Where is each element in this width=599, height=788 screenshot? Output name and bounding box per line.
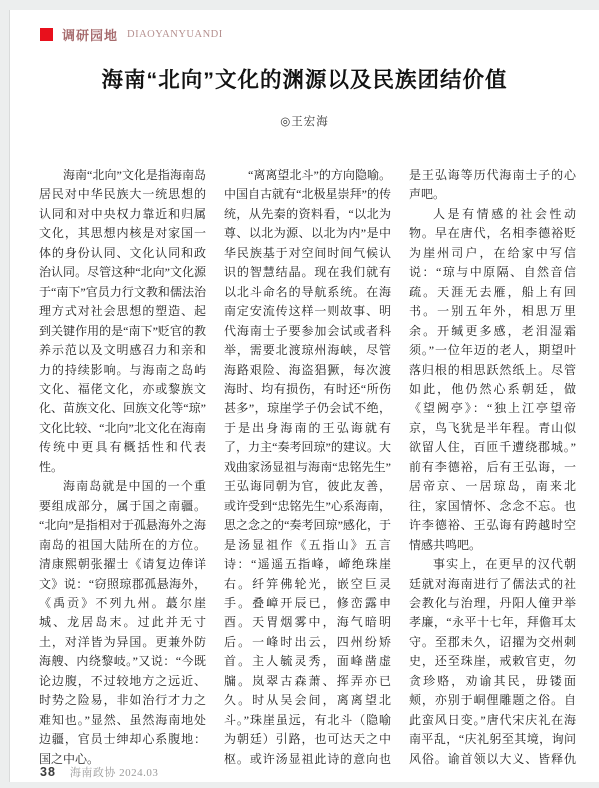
journal-name: 海南政协 2024.03 [70,764,159,780]
article-body: 海南“北向”文化是指海南岛居民对中华民族大一统思想的认同和对中央权力靠近和归属文… [39,166,576,772]
article-title: 海南“北向”文化的渊源以及民族团结价值 [10,63,599,94]
article-author: ◎王宏海 [10,113,599,129]
magazine-page: 调研园地 DIAOYANYUANDI 海南“北向”文化的渊源以及民族团结价值 ◎… [9,10,599,782]
paragraph: 人是有情感的社会性动物。早在唐代，名相李德裕贬为崖州司户，在给家中写信说：“琼与… [409,205,576,555]
page-footer: 38 海南政协 2024.03 [40,764,158,780]
scanned-journal-page: { "page": { "background": "#ffffff", "ed… [0,0,599,788]
paragraph: 海南岛就是中国的一个重要组成部分，属于国之南疆。“北向”是指相对于孤悬海外之海南… [39,477,206,769]
section-pinyin: DIAOYANYUANDI [127,29,223,40]
paragraph: 海南“北向”文化是指海南岛居民对中华民族大一统思想的认同和对中央权力靠近和归属文… [39,166,206,477]
page-number: 38 [40,765,56,779]
section-label: 调研园地 [62,25,118,44]
section-header: 调研园地 DIAOYANYUANDI [40,26,223,42]
red-square-icon [40,28,53,41]
